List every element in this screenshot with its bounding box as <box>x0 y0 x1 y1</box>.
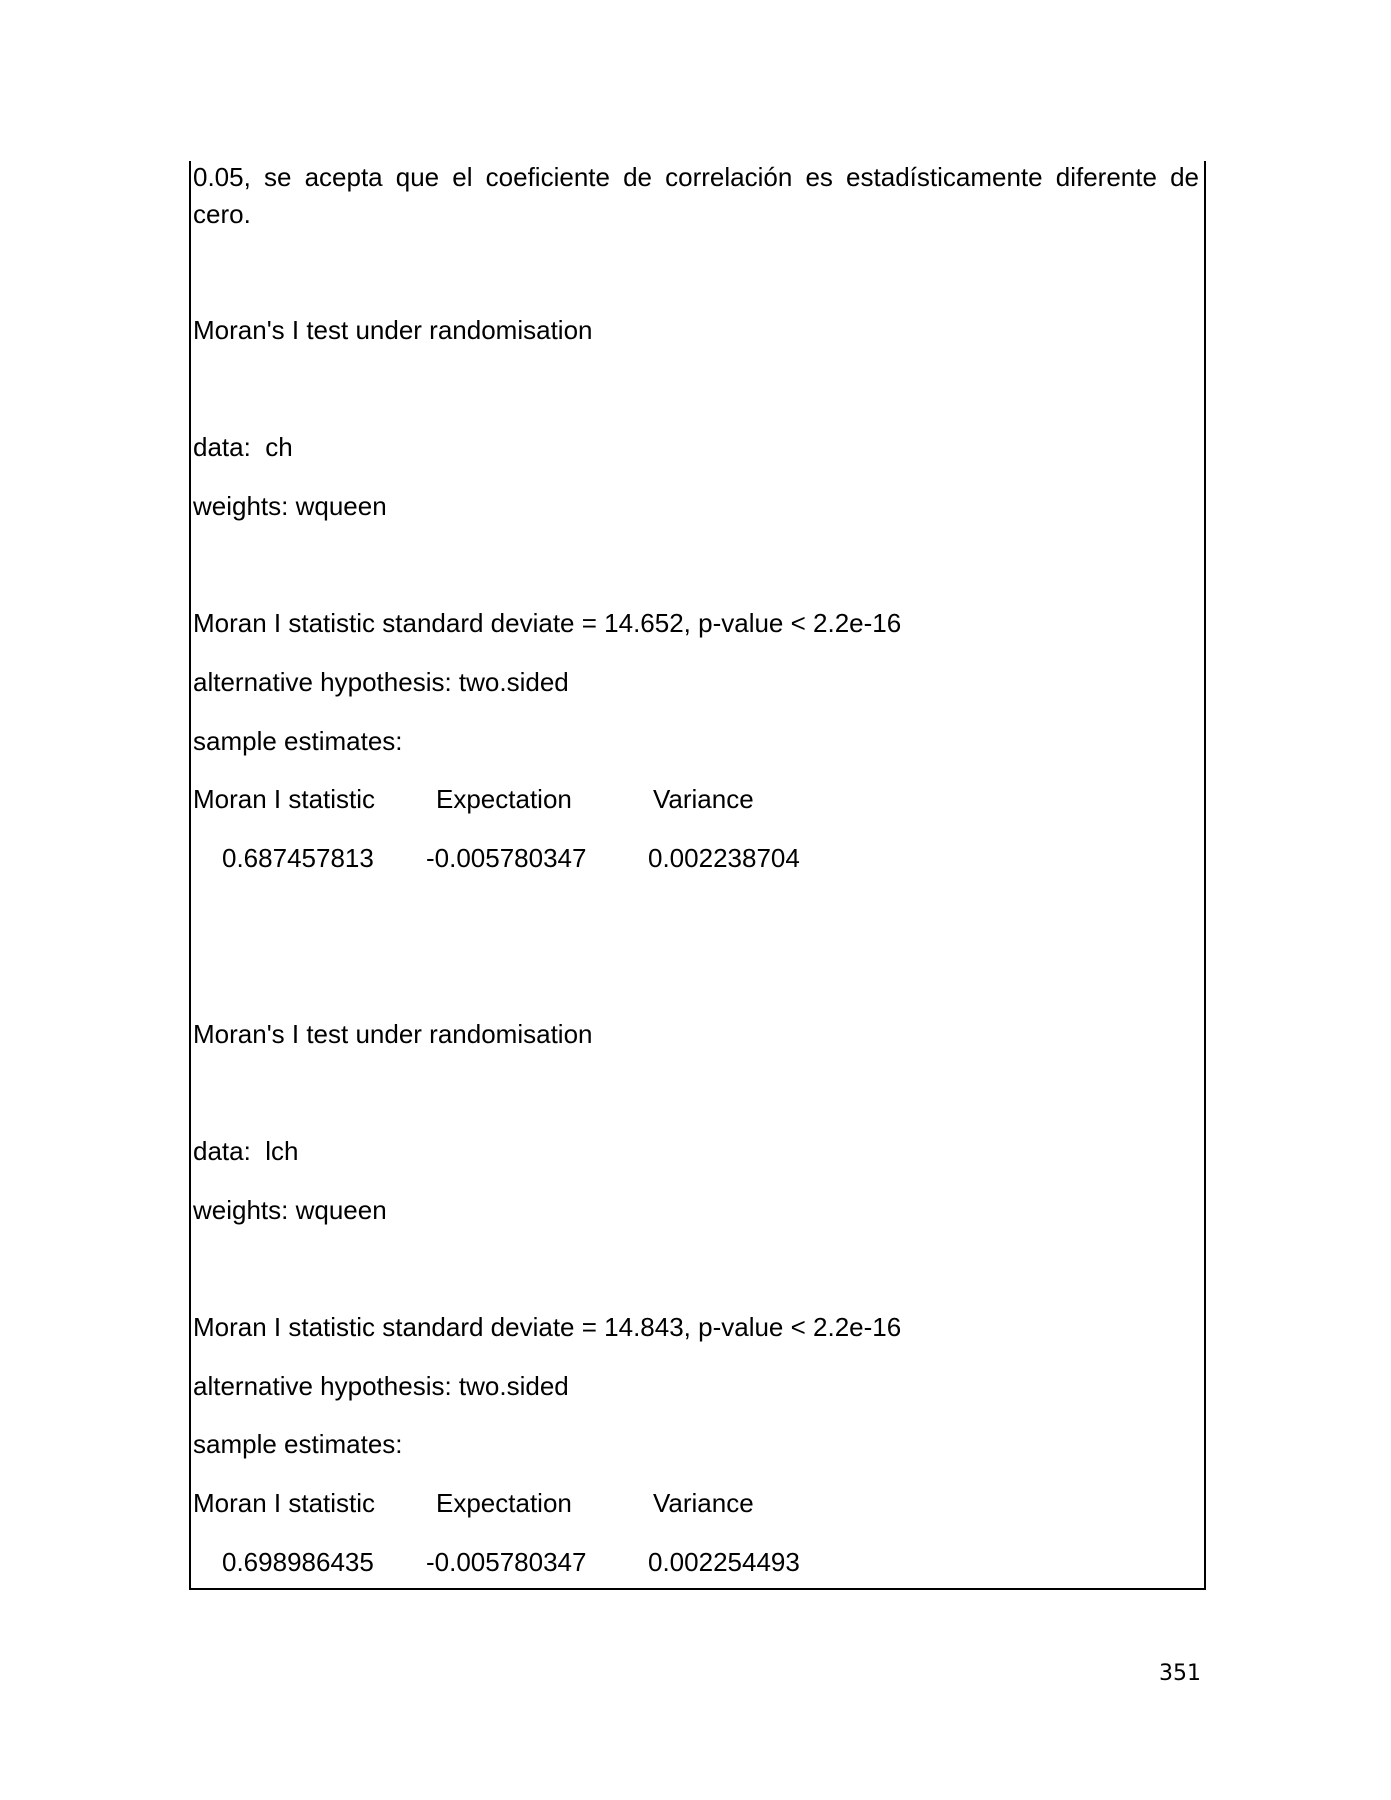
test-1-header-variance: Variance <box>653 784 754 814</box>
test-2-title: Moran's I test under randomisation <box>193 1019 593 1049</box>
page-number: 351 <box>1159 1661 1201 1686</box>
test-1-title: Moran's I test under randomisation <box>193 315 593 345</box>
test-2-estimates-label: sample estimates: <box>193 1429 403 1459</box>
test-1-alternative: alternative hypothesis: two.sided <box>193 667 569 697</box>
test-1-weights: weights: wqueen <box>193 491 387 521</box>
test-2-header-variance: Variance <box>653 1488 754 1518</box>
test-2-value-expectation: -0.005780347 <box>426 1547 586 1577</box>
test-2-weights: weights: wqueen <box>193 1195 387 1225</box>
test-2-header-statistic: Moran I statistic <box>193 1488 375 1518</box>
test-2-header-expectation: Expectation <box>436 1488 572 1518</box>
conclusion-paragraph: 0.05, se acepta que el coeficiente de co… <box>193 159 1199 233</box>
test-1-estimates-label: sample estimates: <box>193 726 403 756</box>
test-1-value-variance: 0.002238704 <box>648 843 800 873</box>
paragraph-line-2: cero. <box>193 199 251 229</box>
test-1-data: data: ch <box>193 432 293 462</box>
test-1-value-statistic: 0.687457813 <box>222 843 374 873</box>
test-2-alternative: alternative hypothesis: two.sided <box>193 1371 569 1401</box>
test-2-data: data: lch <box>193 1136 299 1166</box>
test-2-statistic: Moran I statistic standard deviate = 14.… <box>193 1312 901 1342</box>
test-1-value-expectation: -0.005780347 <box>426 843 586 873</box>
test-1-statistic: Moran I statistic standard deviate = 14.… <box>193 608 901 638</box>
test-2-value-statistic: 0.698986435 <box>222 1547 374 1577</box>
test-1-header-statistic: Moran I statistic <box>193 784 375 814</box>
test-2-value-variance: 0.002254493 <box>648 1547 800 1577</box>
paragraph-line-1: 0.05, se acepta que el coeficiente de co… <box>193 159 1199 196</box>
test-1-header-expectation: Expectation <box>436 784 572 814</box>
